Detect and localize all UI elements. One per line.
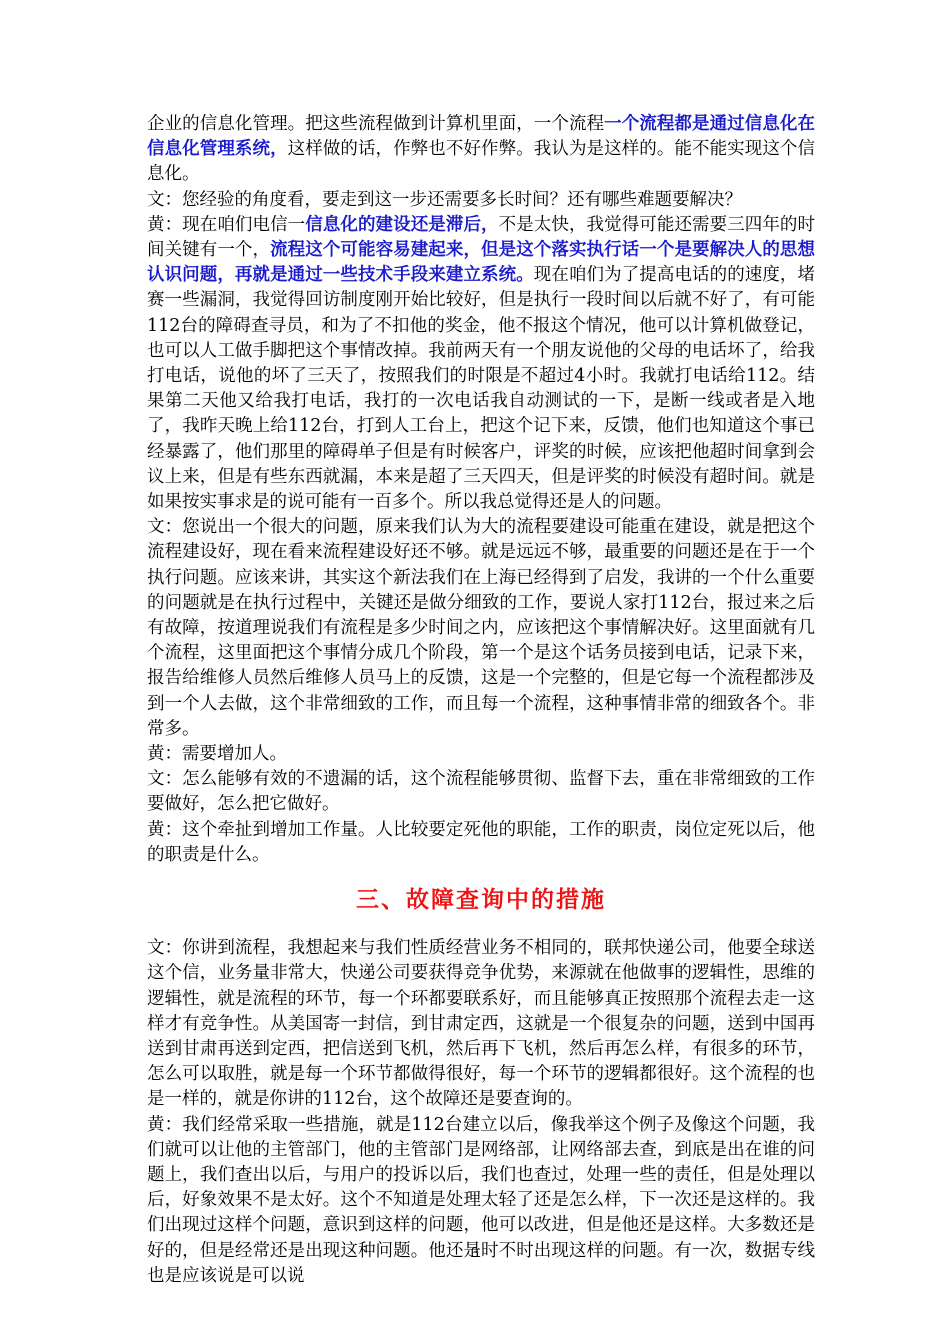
body-text: 文：您说出一个很大的问题，原来我们认为大的流程要建设可能重在建设，就是把这个流程… (147, 517, 815, 739)
paragraph: 文：怎么能够有效的不遗漏的话，这个流程能够贯彻、监督下去，重在非常细致的工作要做… (147, 767, 815, 817)
document-body: 企业的信息化管理。把这些流程做到计算机里面，一个流程一个流程都是通过信息化在信息… (147, 112, 815, 1289)
body-text: 现在咱们为了提高电话的的速度，堵赛一些漏洞，我觉得回访制度刚开始比较好，但是执行… (147, 265, 815, 512)
body-text: 黄：这个牵扯到增加工作量。人比较要定死他的职能，工作的职责，岗位定死以后，他的职… (147, 820, 815, 865)
paragraph: 文：您说出一个很大的问题，原来我们认为大的流程要建设可能重在建设，就是把这个流程… (147, 515, 815, 742)
section-heading: 三、故障查询中的措施 (147, 884, 815, 916)
emphasis-text: 信息化的建设还是滞后， (305, 215, 498, 235)
paragraph: 文：您经验的角度看，要走到这一步还需要多长时间？还有哪些难题要解决？ (147, 188, 815, 213)
paragraph: 文：你讲到流程，我想起来与我们性质经营业务不相同的，联邦快递公司，他要全球送这个… (147, 936, 815, 1112)
body-text: 文：您经验的角度看，要走到这一步还需要多长时间？还有哪些难题要解决？ (147, 190, 742, 210)
paragraph: 黄：我们经常采取一些措施，就是112台建立以后，像我举这个例子及像这个问题，我们… (147, 1113, 815, 1289)
paragraph: 黄：这个牵扯到增加工作量。人比较要定死他的职能，工作的职责，岗位定死以后，他的职… (147, 818, 815, 868)
page-number: 3 (0, 1246, 950, 1261)
body-text: 黄：现在咱们电信一 (147, 215, 305, 235)
body-text: 黄：需要增加人。 (147, 744, 287, 764)
paragraph: 企业的信息化管理。把这些流程做到计算机里面，一个流程一个流程都是通过信息化在信息… (147, 112, 815, 188)
body-text: 企业的信息化管理。把这些流程做到计算机里面，一个流程 (147, 114, 604, 134)
paragraph: 黄：现在咱们电信一信息化的建设还是滞后，不是太快，我觉得可能还需要三四年的时间关… (147, 213, 815, 515)
document-page: 企业的信息化管理。把这些流程做到计算机里面，一个流程一个流程都是通过信息化在信息… (0, 0, 950, 1344)
paragraph: 黄：需要增加人。 (147, 742, 815, 767)
body-text: 文：你讲到流程，我想起来与我们性质经营业务不相同的，联邦快递公司，他要全球送这个… (147, 938, 815, 1109)
body-text: 文：怎么能够有效的不遗漏的话，这个流程能够贯彻、监督下去，重在非常细致的工作要做… (147, 769, 815, 814)
